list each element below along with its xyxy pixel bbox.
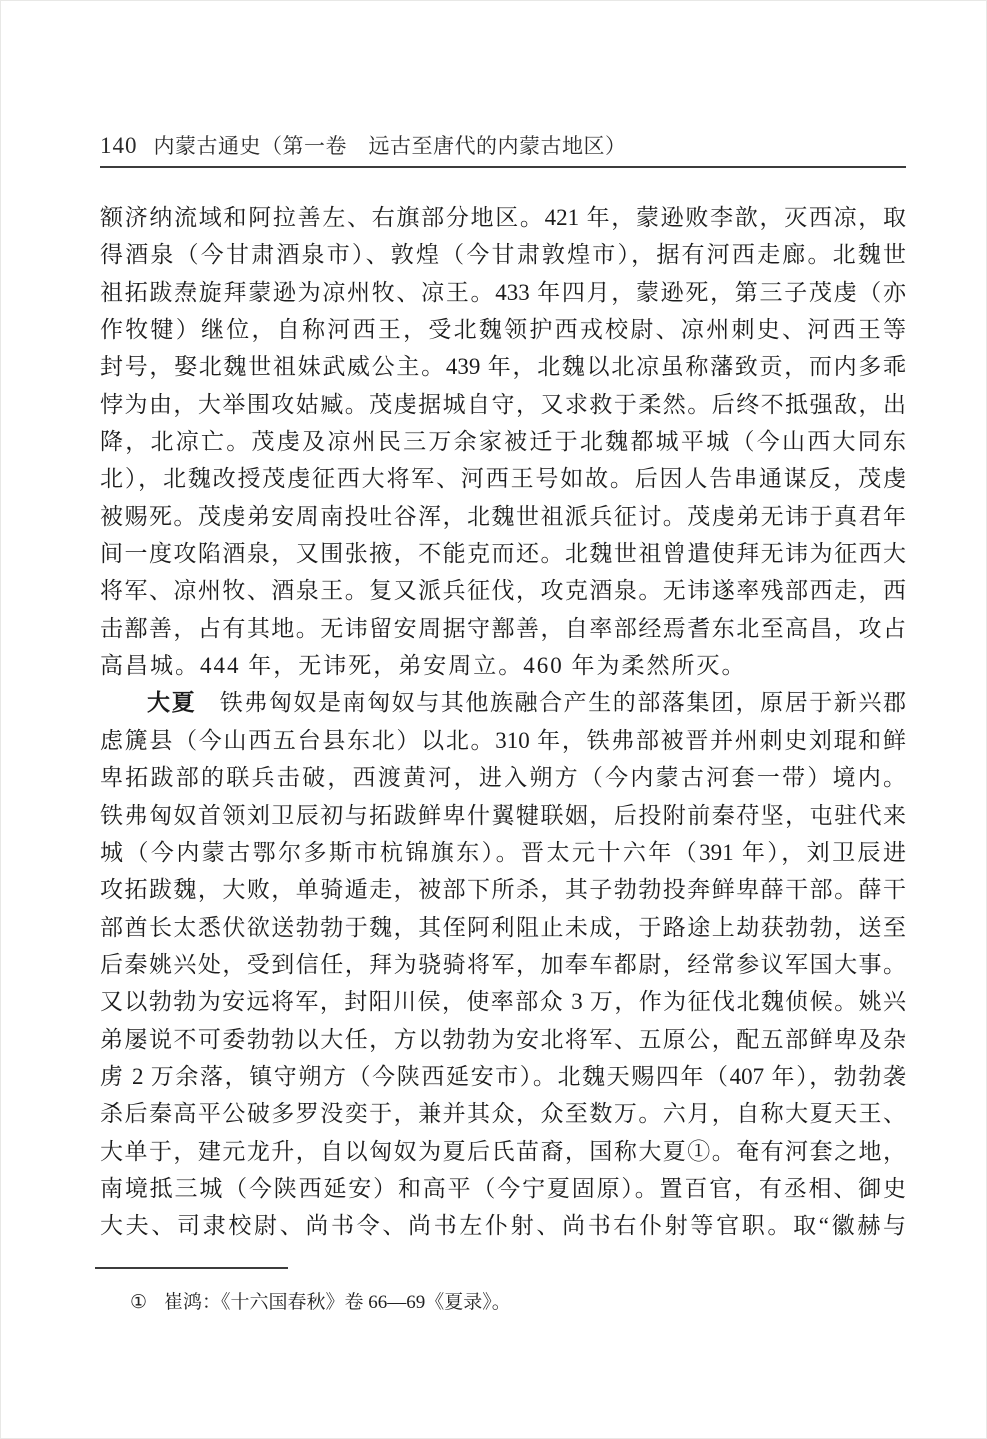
footnote-marker: ① xyxy=(130,1292,147,1313)
footnote: ①崔鸿：《十六国春秋》卷 66—69《夏录》。 xyxy=(130,1290,890,1316)
text-line: 间一度攻陷酒泉，又围张掖，不能克而还。北魏世祖曾遣使拜无讳为征西大 xyxy=(100,535,906,572)
text-line: 将军、凉州牧、酒泉王。复又派兵征伐，攻克酒泉。无讳遂率残部西走，西 xyxy=(100,572,906,609)
text-line: 虑篪县（今山西五台县东北）以北。310 年，铁弗部被晋并州刺史刘琨和鲜 xyxy=(100,722,906,759)
text-line: 作牧犍）继位，自称河西王，受北魏领护西戎校尉、凉州刺史、河西王等 xyxy=(100,311,906,348)
text-line: 南境抵三城（今陕西延安）和高平（今宁夏固原）。置百官，有丞相、御史 xyxy=(100,1170,906,1207)
text-line: 被赐死。茂虔弟安周南投吐谷浑，北魏世祖派兵征讨。茂虔弟无讳于真君年 xyxy=(100,498,906,535)
text-line: 虏 2 万余落，镇守朔方（今陕西延安市）。北魏天赐四年（407 年），勃勃袭 xyxy=(100,1058,906,1095)
text-line: 城（今内蒙古鄂尔多斯市杭锦旗东）。晋太元十六年（391 年），刘卫辰进 xyxy=(100,834,906,871)
header-rule xyxy=(100,166,906,168)
text-line-paragraph-start: 大夏铁弗匈奴是南匈奴与其他族融合产生的部落集团，原居于新兴郡 xyxy=(100,684,906,721)
text-line: 后秦姚兴处，受到信任，拜为骁骑将军，加奉车都尉，经常参议军国大事。 xyxy=(100,946,906,983)
text-line: 封号，娶北魏世祖妹武威公主。439 年，北魏以北凉虽称藩致贡，而内多乖 xyxy=(100,348,906,385)
text-line: 部酋长太悉伏欲送勃勃于魏，其侄阿利阻止未成，于路途上劫获勃勃，送至 xyxy=(100,909,906,946)
text-line: 弟屡说不可委勃勃以大任，方以勃勃为安北将军、五原公，配五部鲜卑及杂 xyxy=(100,1021,906,1058)
text-line: 大单于，建元龙升，自以匈奴为夏后氏苗裔，国称大夏①。奄有河套之地， xyxy=(100,1133,906,1170)
paragraph-heading: 大夏 xyxy=(147,690,196,715)
text-line-rest: 铁弗匈奴是南匈奴与其他族融合产生的部落集团，原居于新兴郡 xyxy=(218,690,906,715)
page-number: 140 xyxy=(100,133,138,159)
text-line: 又以勃勃为安远将军，封阳川侯，使率部众 3 万，作为征伐北魏侦候。姚兴 xyxy=(100,983,906,1020)
text-line: 卑拓跋部的联兵击破，西渡黄河，进入朔方（今内蒙古河套一带）境内。 xyxy=(100,759,906,796)
body-text: 额济纳流域和阿拉善左、右旗部分地区。421 年，蒙逊败李歆，灭西凉，取 得酒泉（… xyxy=(100,199,906,1245)
text-line: 北），北魏改授茂虔征西大将军、河西王号如故。后因人告串通谋反，茂虔 xyxy=(100,460,906,497)
text-line: 祖拓跋焘旋拜蒙逊为凉州牧、凉王。433 年四月，蒙逊死，第三子茂虔（亦 xyxy=(100,274,906,311)
text-line: 击鄯善，占有其地。无讳留安周据守鄯善，自率部经焉耆东北至高昌，攻占 xyxy=(100,610,906,647)
header-row: 140 内蒙古通史（第一卷 远古至唐代的内蒙古地区） xyxy=(100,133,906,159)
text-line: 额济纳流域和阿拉善左、右旗部分地区。421 年，蒙逊败李歆，灭西凉，取 xyxy=(100,199,906,236)
footnote-text: 崔鸿：《十六国春秋》卷 66—69《夏录》。 xyxy=(164,1292,511,1313)
book-page: 140 内蒙古通史（第一卷 远古至唐代的内蒙古地区） 额济纳流域和阿拉善左、右旗… xyxy=(0,0,987,1439)
text-line: 攻拓跋魏，大败，单骑遁走，被部下所杀，其子勃勃投奔鲜卑薛干部。薛干 xyxy=(100,871,906,908)
page-header: 140 内蒙古通史（第一卷 远古至唐代的内蒙古地区） xyxy=(100,133,906,168)
text-line: 铁弗匈奴首领刘卫辰初与拓跋鲜卑什翼犍联姻，后投附前秦苻坚，屯驻代来 xyxy=(100,797,906,834)
text-line: 得酒泉（今甘肃酒泉市）、敦煌（今甘肃敦煌市），据有河西走廊。北魏世 xyxy=(100,236,906,273)
text-line: 悖为由，大举围攻姑臧。茂虔据城自守，又求救于柔然。后终不抵强敌，出 xyxy=(100,386,906,423)
page-content: 140 内蒙古通史（第一卷 远古至唐代的内蒙古地区） 额济纳流域和阿拉善左、右旗… xyxy=(100,0,906,1439)
text-line-paragraph-end: 高昌城。444 年，无讳死，弟安周立。460 年为柔然所灭。 xyxy=(100,647,906,684)
text-line: 降，北凉亡。茂虔及凉州民三万余家被迁于北魏都城平城（今山西大同东 xyxy=(100,423,906,460)
text-line: 大夫、司隶校尉、尚书令、尚书左仆射、尚书右仆射等官职。取“徽赫与 xyxy=(100,1207,906,1244)
header-title: 内蒙古通史（第一卷 远古至唐代的内蒙古地区） xyxy=(154,133,627,159)
footnote-rule xyxy=(95,1267,288,1269)
text-line: 杀后秦高平公破多罗没奕于，兼并其众，众至数万。六月，自称大夏天王、 xyxy=(100,1095,906,1132)
